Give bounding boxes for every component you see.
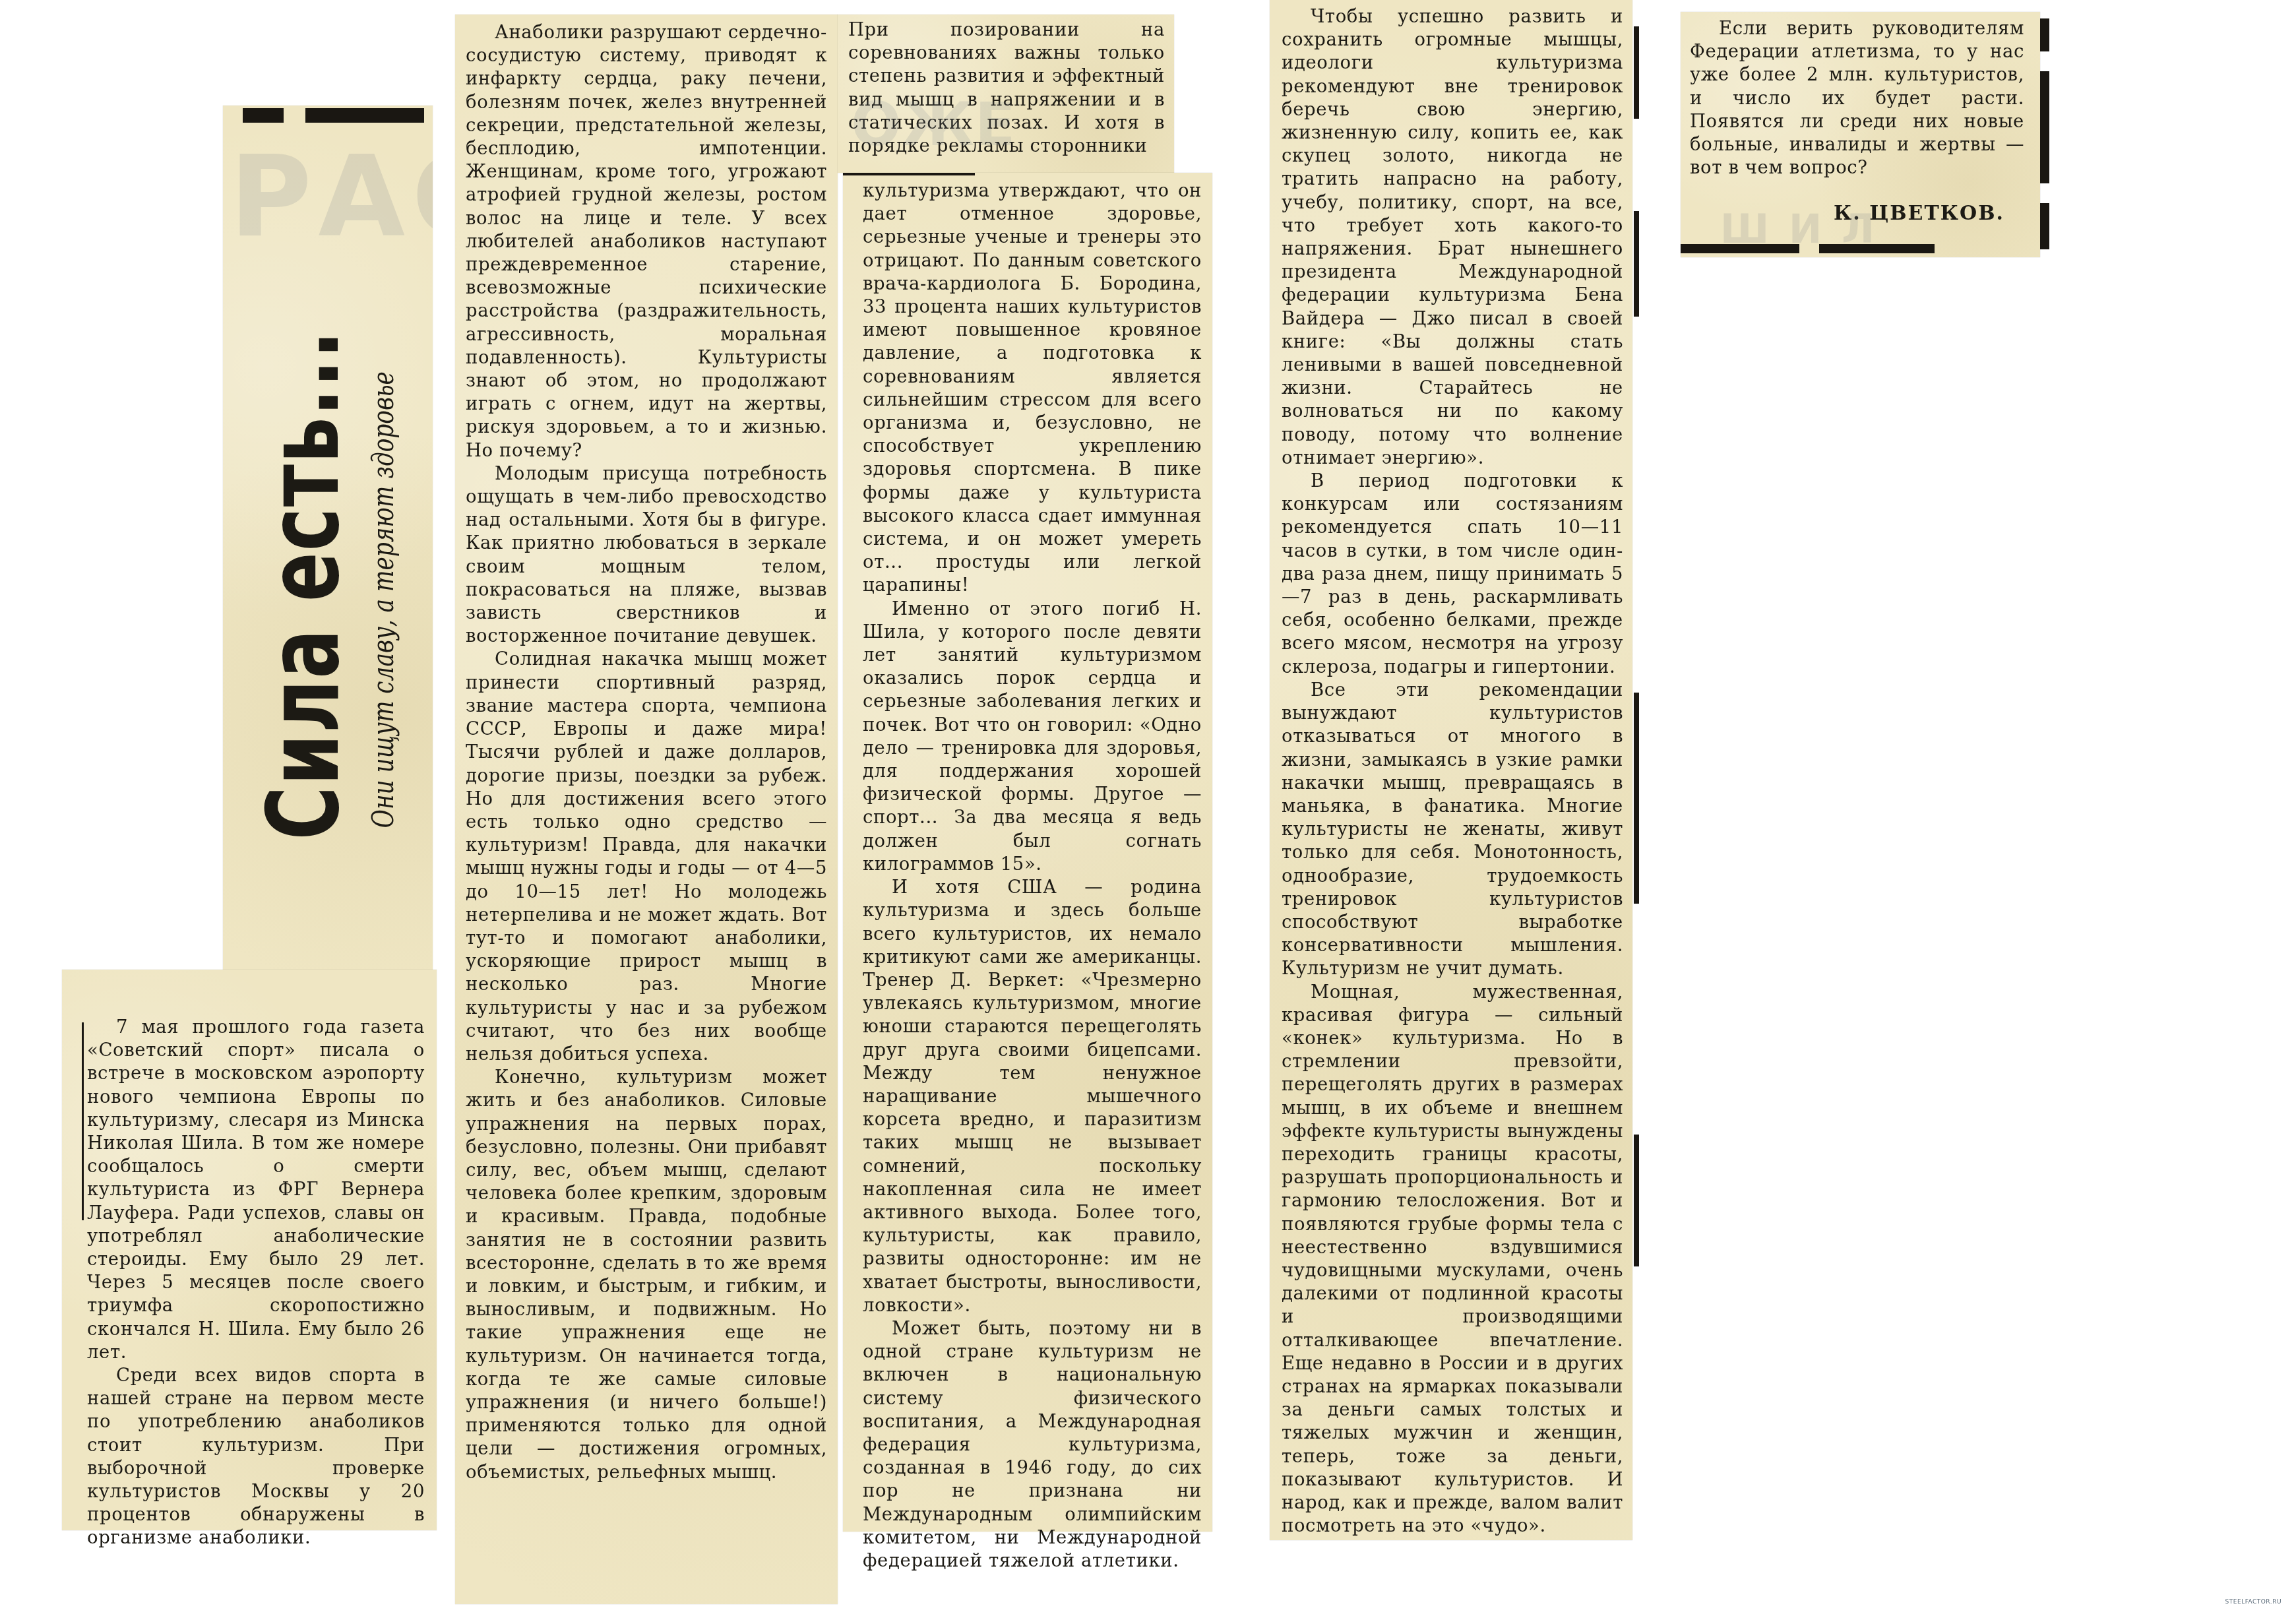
headline-subtitle: Они ищут славу, а теряют здоровье [367, 334, 401, 910]
paragraph: Именно от этого погиб Н. Шила, у которог… [863, 598, 1202, 876]
article-column-5: Если верить руководителям Федерации атле… [1681, 12, 2040, 257]
print-rule [2040, 71, 2049, 183]
print-rule [1819, 244, 1935, 253]
print-rule [1634, 26, 1639, 119]
headline-clipping: РАС Сила есть... Они ищут славу, а теряю… [223, 106, 433, 976]
paragraph: В период подготовки к конкурсам или сост… [1282, 470, 1623, 679]
article-column-4: Чтобы успешно развить и сохранить огромн… [1270, 0, 1632, 1540]
print-rule [2040, 203, 2049, 249]
paragraph: Чтобы успешно развить и сохранить огромн… [1282, 5, 1623, 470]
headline-block: Сила есть... Они ищут славу, а теряют зд… [249, 171, 407, 910]
paragraph: Молодым присуща потребность ощущать в че… [466, 462, 827, 648]
print-rule [243, 108, 284, 123]
headline-title: Сила есть... [255, 305, 354, 910]
print-rule [1634, 211, 1639, 317]
watermark: STEELFACTOR.RU [2225, 1599, 2281, 1605]
print-rule [305, 108, 424, 123]
paragraph: Солидная накачка мышц может принести спо… [466, 648, 827, 1066]
paragraph: Конечно, культуризм может жить и без ана… [466, 1066, 827, 1484]
article-column-1: 7 мая прошлого года газета «Советский сп… [62, 970, 437, 1530]
paragraph: Анаболики разрушают сердечно-сосудистую … [466, 21, 827, 462]
paragraph: культуризма утверждают, что он дает отме… [863, 179, 1202, 598]
paragraph: Мощная, мужественная, красивая фигура — … [1282, 981, 1623, 1538]
paragraph: Среди всех видов спорта в нашей стране н… [87, 1364, 425, 1550]
print-rule [1634, 1135, 1639, 1266]
paragraph: И хотя США — родина культуризма и здесь … [863, 876, 1202, 1317]
paragraph: Может быть, поэтому ни в одной стране ку… [863, 1317, 1202, 1573]
paragraph: Все эти рекомендации вынуждают культурис… [1282, 679, 1623, 981]
print-rule [1681, 244, 1799, 253]
print-rule [82, 1022, 84, 1220]
paragraph: Если верить руководителям Федерации атле… [1690, 17, 2024, 179]
print-rule [843, 173, 975, 175]
print-rule [2040, 18, 2049, 51]
bleed-through-text: ОЖЕ [851, 113, 1016, 137]
article-column-3-top: При позировании на соревнованиях важны т… [838, 15, 1174, 173]
print-rule [1634, 693, 1639, 904]
paragraph: 7 мая прошлого года газета «Советский сп… [87, 1016, 425, 1364]
article-column-3: культуризма утверждают, что он дает отме… [843, 173, 1212, 1532]
article-column-2: Анаболики разрушают сердечно-сосудистую … [455, 15, 838, 1604]
bleed-through-text: ШИЛ [1720, 218, 1894, 241]
